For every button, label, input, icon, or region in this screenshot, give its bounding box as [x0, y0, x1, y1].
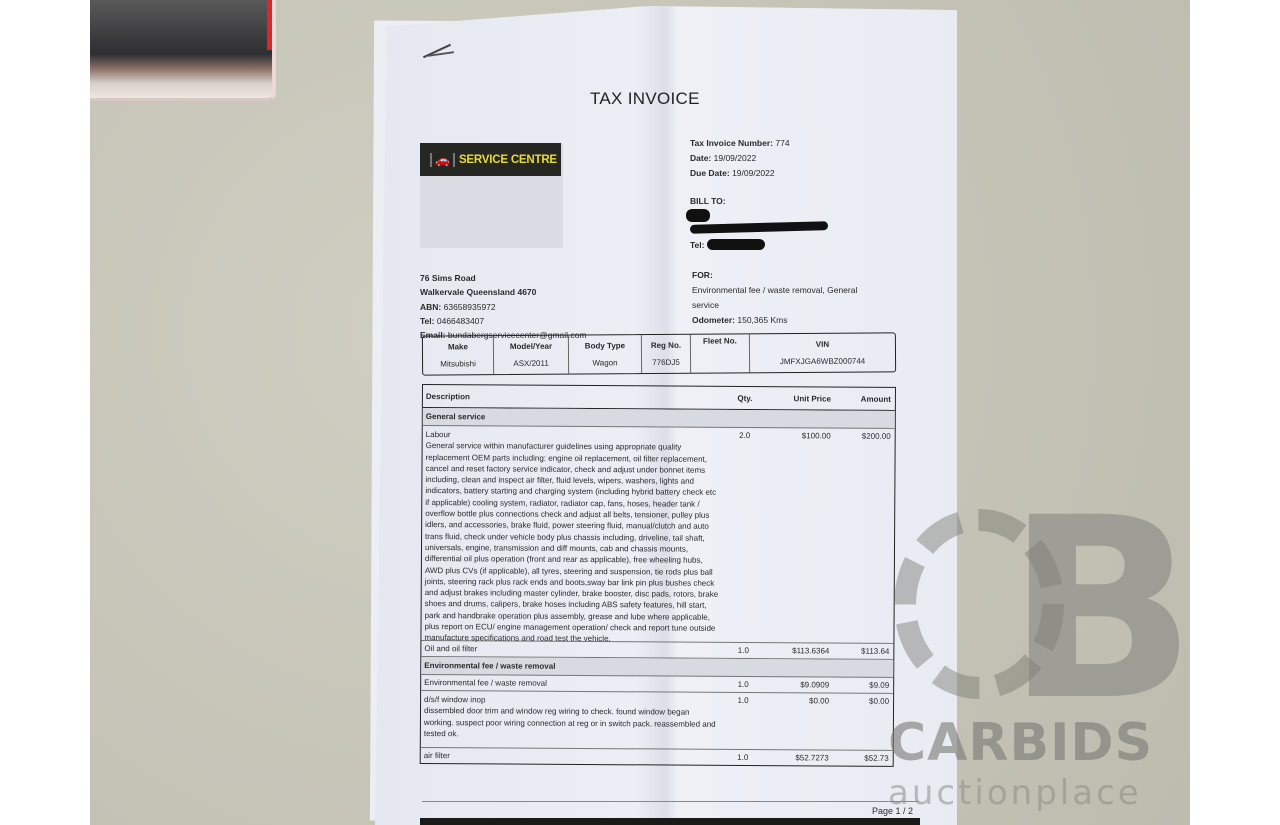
odometer-label: Odometer:: [692, 315, 735, 325]
row-qty: 1.0: [723, 677, 763, 692]
invoice-number: 774: [775, 138, 789, 148]
business-logo: 🚗 SERVICE CENTRE: [420, 143, 563, 248]
vehicle-model: ASX/2011: [513, 359, 548, 368]
row-unit-price: $100.00: [763, 428, 834, 642]
invoice-number-label: Tax Invoice Number:: [690, 138, 773, 148]
bill-to-label: BILL TO:: [690, 196, 726, 206]
header-amount: Amount: [835, 391, 895, 406]
vehicle-vin: JMFXJGA6WBZ000744: [780, 357, 865, 367]
divider: [422, 801, 918, 802]
page-number: Page 1 / 2: [872, 806, 913, 816]
row-description: Oil and oil filter: [421, 641, 723, 658]
row-unit-price: $0.00: [763, 693, 833, 749]
logo-text: SERVICE CENTRE: [459, 154, 557, 166]
vehicle-body: Wagon: [592, 358, 617, 367]
due-date: 19/09/2022: [732, 168, 775, 178]
abn-label: ABN:: [420, 302, 441, 312]
business-address: 76 Sims Road Walkervale Queensland 4670 …: [420, 271, 586, 342]
address-street: 76 Sims Road: [420, 271, 586, 285]
table-row: Labour General service within manufactur…: [421, 426, 894, 644]
row-qty: 1.0: [723, 693, 763, 749]
shadow: [420, 818, 920, 825]
table-row: air filter 1.0 $52.7273 $52.73: [421, 748, 893, 766]
due-date-label: Due Date:: [690, 168, 730, 178]
invoice-meta: Tax Invoice Number: 774 Date: 19/09/2022…: [690, 136, 790, 181]
vehicle-header: Model/Year: [510, 342, 552, 351]
invoice-photo: TAX INVOICE 🚗 SERVICE CENTRE Tax Invoice…: [90, 0, 1190, 825]
header-description: Description: [423, 389, 725, 406]
vehicle-header: Make: [448, 342, 468, 351]
table-row: d/s/f window inop dissembled door trim a…: [421, 691, 893, 751]
items-header: Description Qty. Unit Price Amount: [423, 385, 895, 411]
row-description: Environmental fee / waste removal: [421, 675, 723, 692]
row-qty: 2.0: [723, 428, 764, 642]
for-label: FOR:: [692, 268, 872, 283]
vehicle-header: VIN: [816, 340, 829, 349]
bill-to-tel-label: Tel:: [690, 240, 704, 250]
vehicle-table: MakeMitsubishi Model/YearASX/2011 Body T…: [422, 332, 896, 375]
vehicle-reg: 776DJ5: [652, 358, 680, 367]
items-table: Description Qty. Unit Price Amount Gener…: [420, 384, 896, 767]
vehicle-header: Fleet No.: [703, 336, 737, 345]
for-text: Environmental fee / waste removal, Gener…: [692, 283, 872, 313]
for-section: FOR: Environmental fee / waste removal, …: [692, 268, 872, 328]
row-qty: 1.0: [723, 643, 763, 658]
row-amount: $200.00: [833, 429, 894, 643]
row-amount: $9.09: [833, 678, 893, 693]
header-unit-price: Unit Price: [765, 391, 835, 406]
address-city: Walkervale Queensland 4670: [420, 285, 586, 299]
row-qty: 1.0: [723, 750, 763, 765]
abn: 63658935972: [444, 302, 496, 312]
row-amount: $0.00: [833, 694, 893, 750]
row-description: air filter: [421, 748, 723, 765]
service-booklet: [90, 0, 276, 101]
bill-to: BILL TO:: [690, 196, 726, 206]
car-icon: 🚗: [430, 153, 455, 167]
invoice-date: 19/09/2022: [714, 153, 757, 163]
odometer: 150,365 Kms: [737, 315, 787, 325]
vehicle-header: Body Type: [585, 341, 625, 350]
date-label: Date:: [690, 153, 711, 163]
row-unit-price: $113.6364: [763, 643, 833, 658]
row-description: d/s/f window inop dissembled door trim a…: [421, 691, 723, 749]
vehicle-make: Mitsubishi: [440, 359, 476, 368]
row-unit-price: $9.0909: [763, 677, 833, 692]
row-description: Labour General service within manufactur…: [421, 426, 724, 642]
invoice-title: TAX INVOICE: [590, 89, 700, 109]
redaction-name: [686, 209, 710, 222]
tel: 0466483407: [437, 316, 484, 326]
redaction-tel: [707, 239, 765, 250]
header-qty: Qty.: [725, 390, 765, 405]
row-amount: $113.64: [833, 644, 893, 659]
row-amount: $52.73: [833, 751, 893, 766]
tel-label: Tel:: [420, 316, 434, 326]
row-unit-price: $52.7273: [763, 750, 833, 765]
vehicle-header: Reg No.: [651, 341, 681, 350]
